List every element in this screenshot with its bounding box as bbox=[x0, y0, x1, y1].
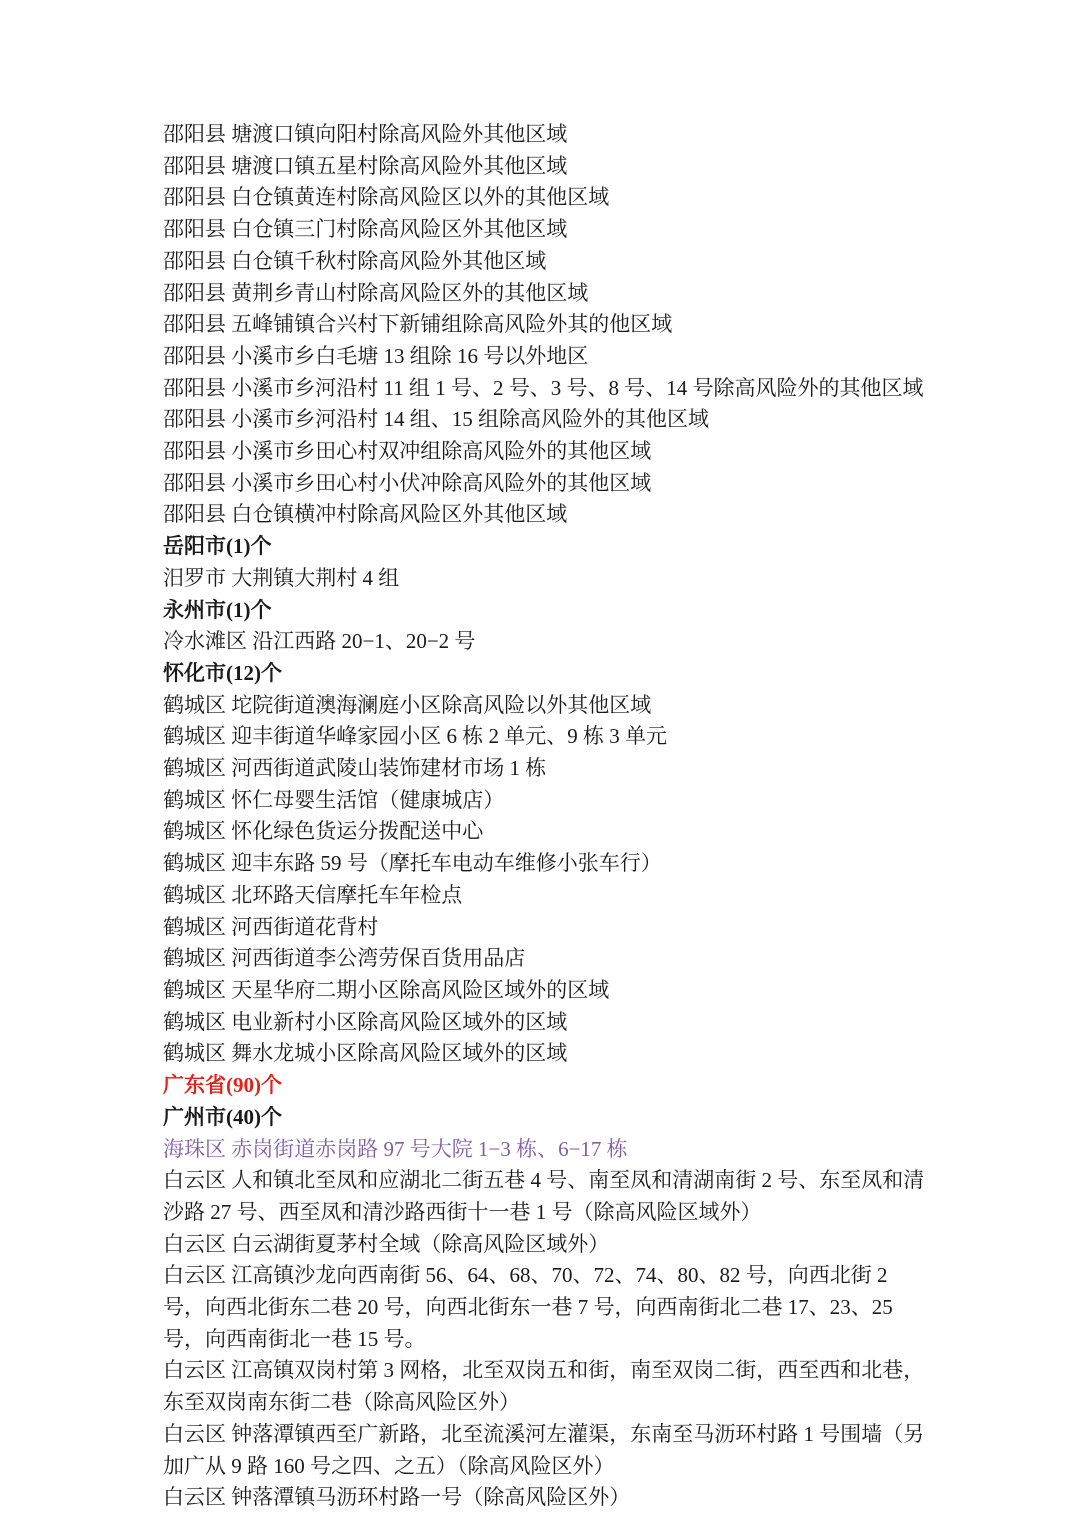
entry-line: 冷水滩区 沿江西路 20−1、20−2 号 bbox=[163, 626, 925, 658]
entry-line: 鹤城区 天星华府二期小区除高风险区域外的区域 bbox=[163, 975, 925, 1007]
highlighted-entry-line: 海珠区 赤岗街道赤岗路 97 号大院 1−3 栋、6−17 栋 bbox=[163, 1134, 925, 1166]
entry-line: 鹤城区 电业新村小区除高风险区域外的区域 bbox=[163, 1007, 925, 1039]
entry-line: 邵阳县 小溪市乡白毛塘 13 组除 16 号以外地区 bbox=[163, 341, 925, 373]
entry-line: 白云区 人和镇北至凤和应湖北二街五巷 4 号、南至凤和清湖南街 2 号、东至凤和… bbox=[163, 1165, 925, 1228]
entry-line: 邵阳县 白仓镇千秋村除高风险外其他区域 bbox=[163, 246, 925, 278]
city-header: 广州市(40)个 bbox=[163, 1102, 925, 1134]
entry-line: 邵阳县 小溪市乡田心村双冲组除高风险外的其他区域 bbox=[163, 436, 925, 468]
entry-line: 鹤城区 迎丰街道华峰家园小区 6 栋 2 单元、9 栋 3 单元 bbox=[163, 721, 925, 753]
entry-line: 白云区 钟落潭镇马沥环村路一号（除高风险区外） bbox=[163, 1482, 925, 1514]
entry-line: 白云区 江高镇沙龙向西南街 56、64、68、70、72、74、80、82 号，… bbox=[163, 1260, 925, 1355]
entry-line: 白云区 白云湖街夏茅村全域（除高风险区域外） bbox=[163, 1229, 925, 1261]
entry-line: 鹤城区 坨院街道澳海澜庭小区除高风险以外其他区域 bbox=[163, 690, 925, 722]
entry-line: 邵阳县 小溪市乡河沿村 11 组 1 号、2 号、3 号、8 号、14 号除高风… bbox=[163, 373, 925, 405]
entry-line: 邵阳县 小溪市乡田心村小伏冲除高风险外的其他区域 bbox=[163, 468, 925, 500]
entry-line: 鹤城区 怀化绿色货运分拨配送中心 bbox=[163, 816, 925, 848]
entry-line: 邵阳县 黄荆乡青山村除高风险区外的其他区域 bbox=[163, 278, 925, 310]
document-page: 邵阳县 塘渡口镇向阳村除高风险外其他区域邵阳县 塘渡口镇五星村除高风险外其他区域… bbox=[0, 0, 1080, 1526]
entry-line: 鹤城区 河西街道武陵山装饰建材市场 1 栋 bbox=[163, 753, 925, 785]
entry-line: 鹤城区 迎丰东路 59 号（摩托车电动车维修小张车行） bbox=[163, 848, 925, 880]
city-header: 永州市(1)个 bbox=[163, 595, 925, 627]
entry-line: 鹤城区 舞水龙城小区除高风险区域外的区域 bbox=[163, 1038, 925, 1070]
entry-line: 邵阳县 白仓镇三门村除高风险区外其他区域 bbox=[163, 214, 925, 246]
entry-line: 鹤城区 北环路天信摩托车年检点 bbox=[163, 880, 925, 912]
entry-line: 白云区 钟落潭镇西至广新路，北至流溪河左灌渠，东南至马沥环村路 1 号围墙（另加… bbox=[163, 1419, 925, 1482]
entry-line: 汨罗市 大荆镇大荆村 4 组 bbox=[163, 563, 925, 595]
province-header: 广东省(90)个 bbox=[163, 1070, 925, 1102]
entry-line: 邵阳县 白仓镇横冲村除高风险区外其他区域 bbox=[163, 499, 925, 531]
entry-line: 鹤城区 怀仁母婴生活馆（健康城店） bbox=[163, 785, 925, 817]
entry-line: 邵阳县 塘渡口镇向阳村除高风险外其他区域 bbox=[163, 119, 925, 151]
entry-line: 邵阳县 五峰铺镇合兴村下新铺组除高风险外其的他区域 bbox=[163, 309, 925, 341]
entry-line: 白云区 江高镇双岗村第 3 网格，北至双岗五和街，南至双岗二街，西至西和北巷，东… bbox=[163, 1355, 925, 1418]
document-body: 邵阳县 塘渡口镇向阳村除高风险外其他区域邵阳县 塘渡口镇五星村除高风险外其他区域… bbox=[163, 119, 925, 1514]
entry-line: 邵阳县 小溪市乡河沿村 14 组、15 组除高风险外的其他区域 bbox=[163, 404, 925, 436]
city-header: 怀化市(12)个 bbox=[163, 658, 925, 690]
city-header: 岳阳市(1)个 bbox=[163, 531, 925, 563]
entry-line: 鹤城区 河西街道李公湾劳保百货用品店 bbox=[163, 943, 925, 975]
entry-line: 鹤城区 河西街道花背村 bbox=[163, 912, 925, 944]
entry-line: 邵阳县 白仓镇黄连村除高风险区以外的其他区域 bbox=[163, 182, 925, 214]
entry-line: 邵阳县 塘渡口镇五星村除高风险外其他区域 bbox=[163, 151, 925, 183]
